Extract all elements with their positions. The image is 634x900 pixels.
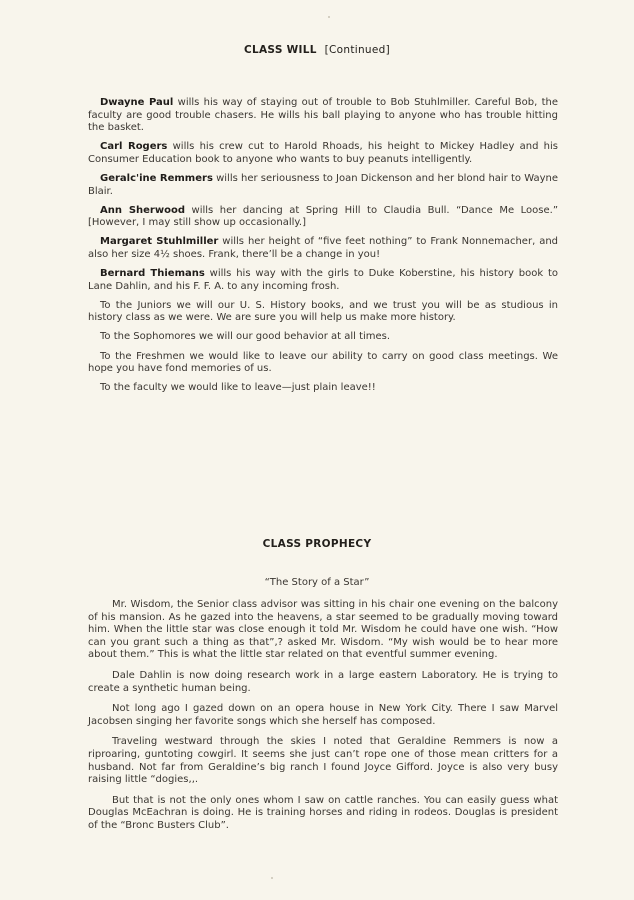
will-closing-sophomores: To the Sophomores we will our good behav…: [88, 331, 558, 344]
will-entry-name: Geralc'ine Remmers: [100, 173, 213, 184]
class-will-title-suffix: [Continued]: [325, 44, 390, 56]
class-will-heading: CLASS WILL [Continued]: [0, 44, 634, 56]
will-closing-faculty: To the faculty we would like to leave—ju…: [88, 382, 558, 395]
class-prophecy-section: Mr. Wisdom, the Senior class advisor was…: [88, 599, 558, 841]
prophecy-paragraph: Traveling westward through the skies I n…: [88, 736, 558, 786]
prophecy-paragraph: But that is not the only ones whom I saw…: [88, 795, 558, 833]
will-entry: Geralc'ine Remmers wills her seriousness…: [88, 173, 558, 198]
will-entry: Carl Rogers wills his crew cut to Harold…: [88, 141, 558, 166]
will-entry: Ann Sherwood wills her dancing at Spring…: [88, 205, 558, 230]
will-closing-freshmen: To the Freshmen we would like to leave o…: [88, 351, 558, 376]
will-closing-juniors: To the Juniors we will our U. S. History…: [88, 300, 558, 325]
will-entry-name: Ann Sherwood: [100, 205, 185, 216]
will-entry: Margaret Stuhlmiller wills her height of…: [88, 236, 558, 261]
will-entry-name: Margaret Stuhlmiller: [100, 236, 218, 247]
will-entry-name: Dwayne Paul: [100, 97, 173, 108]
prophecy-subtitle: “The Story of a Star”: [0, 577, 634, 588]
class-prophecy-heading: CLASS PROPHECY: [0, 538, 634, 550]
prophecy-paragraph: Dale Dahlin is now doing research work i…: [88, 670, 558, 695]
will-entry-name: Carl Rogers: [100, 141, 167, 152]
will-entry: Dwayne Paul wills his way of staying out…: [88, 97, 558, 135]
prophecy-paragraph: Not long ago I gazed down on an opera ho…: [88, 703, 558, 728]
prophecy-paragraph: Mr. Wisdom, the Senior class advisor was…: [88, 599, 558, 662]
yearbook-page: CLASS WILL [Continued] Dwayne Paul wills…: [0, 0, 634, 900]
paper-speck: [271, 877, 273, 879]
paper-speck: [328, 16, 330, 18]
class-will-section: Dwayne Paul wills his way of staying out…: [88, 97, 558, 401]
will-entry: Bernard Thiemans wills his way with the …: [88, 268, 558, 293]
will-entry-name: Bernard Thiemans: [100, 268, 205, 279]
class-will-title: CLASS WILL: [244, 44, 317, 56]
